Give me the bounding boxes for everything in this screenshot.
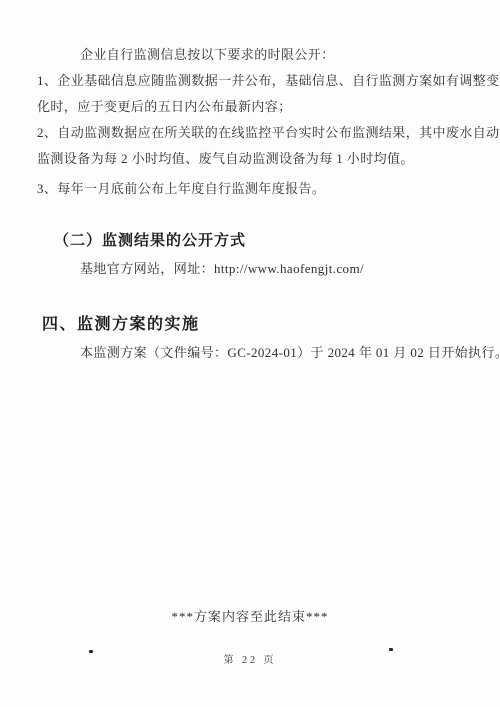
chapter-heading-implementation: 四、监测方案的实施 [42, 311, 200, 334]
list-item-1: 1、企业基础信息应随监测数据一并公布，基础信息、自行监测方案如有调整变 化时，应… [37, 68, 500, 120]
list-item-3: 3、每年一月底前公布上年度自行监测年度报告。 [37, 176, 325, 202]
section-heading-disclosure-method: （二）监测结果的公开方式 [54, 229, 246, 250]
implementation-line: 本监测方案（文件编号：GC-2024-01）于 2024 年 01 月 02 日… [80, 340, 500, 366]
website-line: 基地官方网站，网址：http://www.haofengjt.com/ [80, 256, 364, 282]
intro-paragraph: 企业自行监测信息按以下要求的时限公开： [80, 42, 335, 68]
end-of-plan-marker: ***方案内容至此结束*** [0, 606, 500, 625]
document-page: 企业自行监测信息按以下要求的时限公开： 1、企业基础信息应随监测数据一并公布，基… [0, 0, 500, 707]
list-item-2: 2、自动监测数据应在所关联的在线监控平台实时公布监测结果，其中废水自动 监测设备… [37, 120, 500, 172]
page-number: 第 22 页 [0, 651, 500, 666]
